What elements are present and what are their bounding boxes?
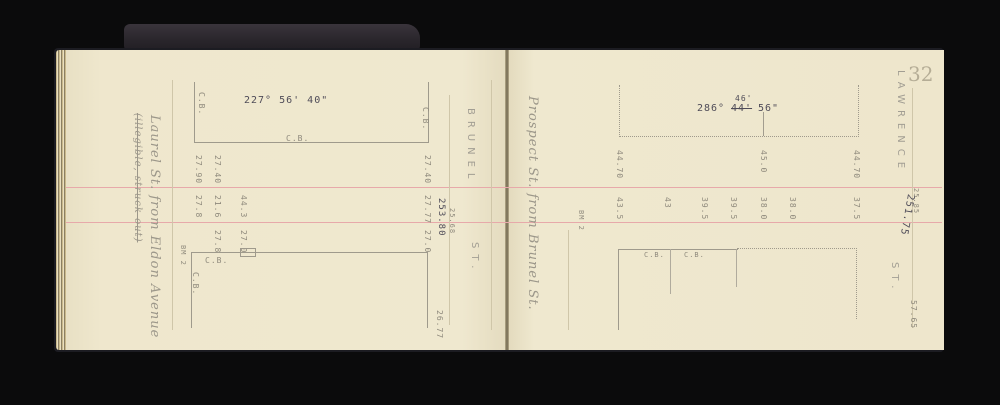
lot-outline-lower <box>618 249 738 330</box>
elevation: 27.8 <box>194 195 203 218</box>
left-heading: Laurel St. from Eldon Avenue <box>147 115 162 338</box>
street-suffix: ST. <box>469 242 480 274</box>
column-rule <box>172 80 173 330</box>
lot-label: C.B. <box>197 92 206 115</box>
elevation: 43 <box>663 197 672 209</box>
elevation: 21.6 <box>213 195 222 218</box>
book-gutter <box>505 50 509 350</box>
lot-label: C.B. <box>191 272 200 295</box>
elevation: 27.40 <box>423 155 432 184</box>
angle-minutes-corrected: 46' <box>735 94 752 103</box>
elevation: 45.0 <box>759 150 768 173</box>
elevation: 27.90 <box>194 155 203 184</box>
column-rule <box>568 230 569 330</box>
lot-outline-dotted <box>737 248 857 319</box>
lot-label: C.B. <box>286 134 309 143</box>
elevation: 37.5 <box>852 197 861 220</box>
benchmark-secondary: 25.85 <box>912 188 920 214</box>
elevation: 27.0 <box>423 230 432 253</box>
lot-divider <box>763 112 764 136</box>
benchmark-main: 253.80 <box>436 198 446 237</box>
angle-degrees: 286° <box>697 103 725 114</box>
notebook-strap <box>124 24 420 50</box>
page-number: 32 <box>908 62 933 86</box>
lot-label: C.B. <box>644 251 665 259</box>
left-angle: 227° 56' 40" <box>244 95 328 106</box>
elevation: 39.5 <box>700 197 709 220</box>
red-rule-lower <box>66 222 942 223</box>
street-label-lawrence: LAWRENCE <box>895 70 906 174</box>
benchmark-label: BM 2 <box>577 210 585 231</box>
elevation: 39.5 <box>729 197 738 220</box>
street-label-brunel: BRUNEL <box>465 108 476 185</box>
elevation: 38.0 <box>759 197 768 220</box>
lot-outline-upper <box>194 82 429 143</box>
elevation: 43.5 <box>615 197 624 220</box>
benchmark-label: BM 2 <box>179 245 187 266</box>
lot-label: C.B. <box>684 251 705 259</box>
elevation: 27.8 <box>213 230 222 253</box>
catch-basin-marker <box>240 248 256 257</box>
lot-label: C.B. <box>205 256 228 265</box>
elevation: 57.65 <box>909 300 918 329</box>
struck-margin-note: (illegible, struck out) <box>132 113 143 242</box>
elevation: 38.0 <box>788 197 797 220</box>
angle-minutes-struck: 44' <box>731 103 752 114</box>
street-suffix: ST. <box>889 262 900 294</box>
angle-seconds: 56" <box>758 103 779 114</box>
red-rule-upper <box>66 187 942 188</box>
elevation: 44.3 <box>239 195 248 218</box>
elevation: 26.77 <box>435 310 444 339</box>
column-rule <box>491 80 492 330</box>
elevation: 27.77 <box>423 195 432 224</box>
right-heading: Prospect St. from Brunel St. <box>525 96 540 311</box>
elevation: 27.40 <box>213 155 222 184</box>
elevation: 44.70 <box>615 150 624 179</box>
elevation: 44.70 <box>852 150 861 179</box>
benchmark-top: 25.68 <box>448 208 456 234</box>
lot-divider <box>670 249 671 294</box>
lot-label: C.B. <box>421 107 430 130</box>
